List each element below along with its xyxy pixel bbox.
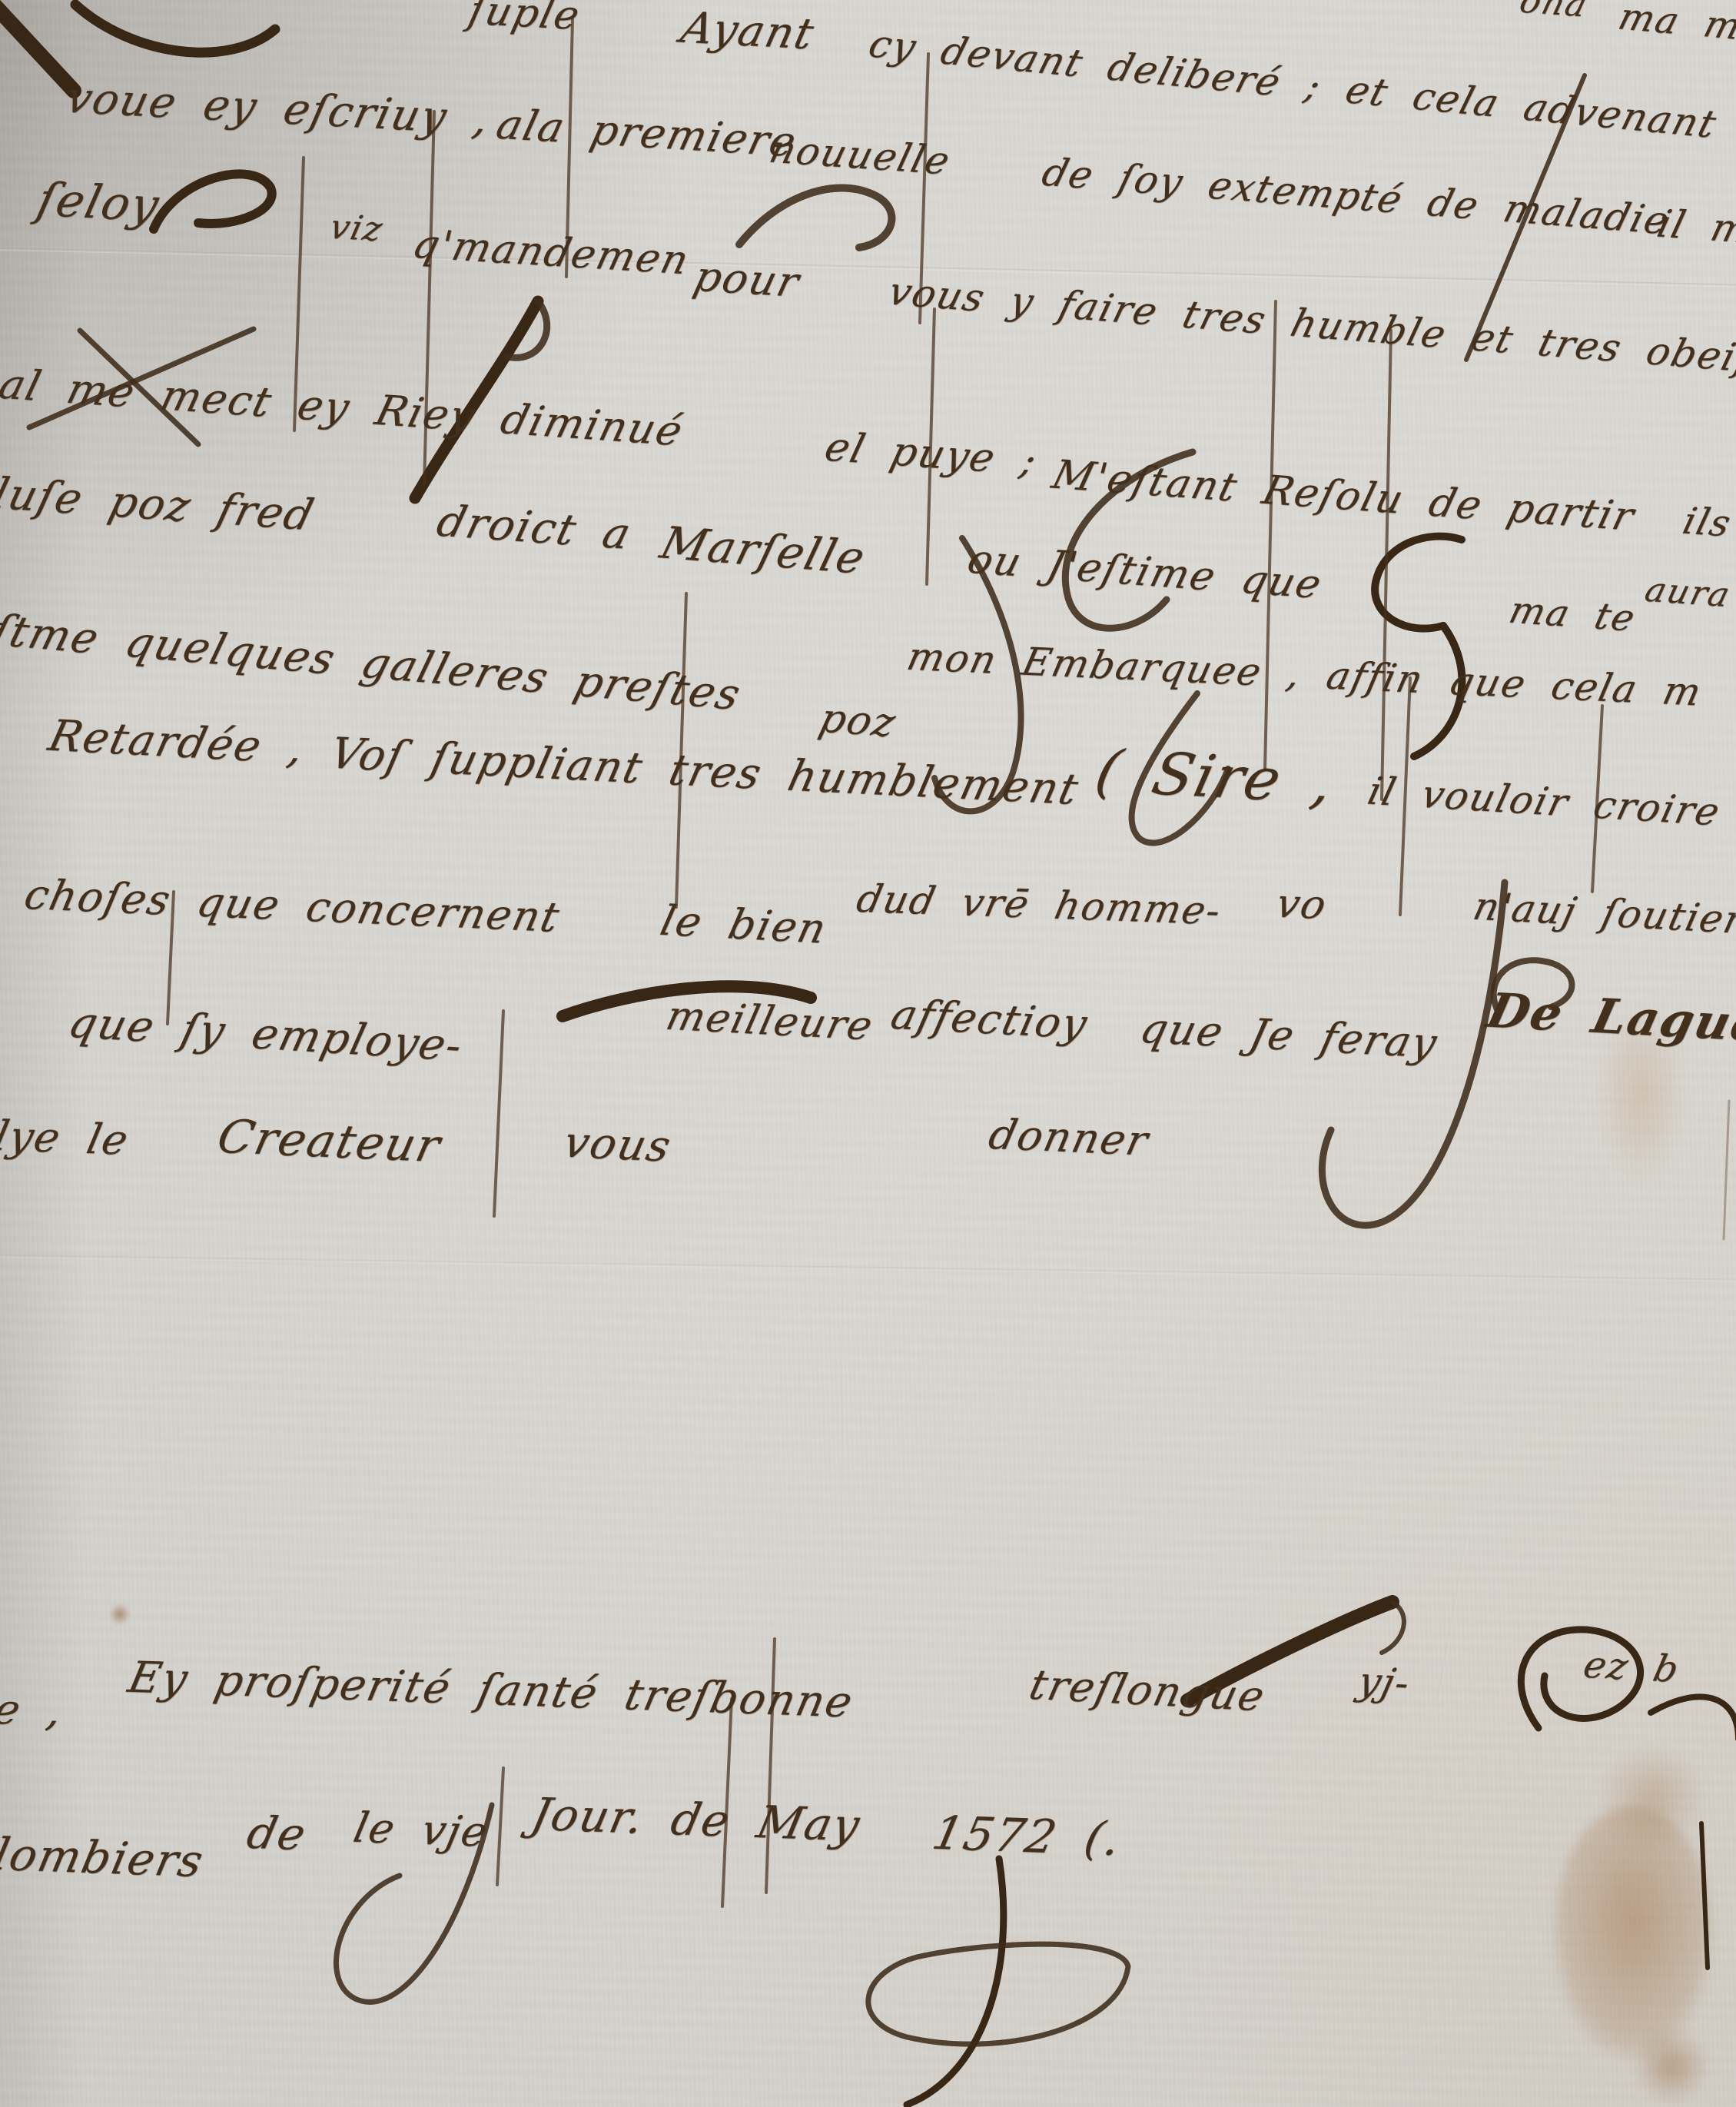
ink-1572-oval-loop bbox=[868, 1944, 1128, 2044]
handwritten-fragment-line9-3: donner bbox=[984, 1110, 1153, 1165]
handwritten-fragment-line11-3: Jour. de May bbox=[527, 1788, 865, 1851]
handwritten-fragment-line10-4: ez b bbox=[1579, 1643, 1684, 1691]
handwritten-fragment-line4-2: Marſelle bbox=[656, 517, 871, 584]
handwritten-fragment-line2-4: vous y faire tres humble et tres obeiſſ bbox=[884, 269, 1736, 382]
paper-stain-bottom-right-large bbox=[1552, 1806, 1714, 2060]
ink-closing-interlace-loop-2 bbox=[1651, 1697, 1736, 1739]
ink-hairline-right-edge bbox=[1724, 1101, 1729, 1239]
handwritten-fragment-line2-1: viz bbox=[326, 208, 387, 249]
paper-stain-bottom-right-upper bbox=[1598, 1745, 1706, 1853]
handwritten-fragment-line7-0: choſes que concernent bbox=[20, 870, 565, 942]
ink-majuscule-row5-loop bbox=[1375, 537, 1462, 629]
handwritten-fragment-line11-1: de bbox=[243, 1806, 312, 1860]
handwritten-fragment-line9-0: lye le bbox=[0, 1112, 134, 1165]
handwritten-fragment-line7-2: dud vrē homme- bbox=[853, 876, 1226, 933]
handwritten-fragment-line1-4: il m bbox=[1653, 201, 1736, 251]
paper-stain-speck-left bbox=[109, 1604, 131, 1625]
handwritten-fragment-line8-1: meilleure bbox=[662, 993, 878, 1049]
ink-descender-4 bbox=[1265, 301, 1276, 769]
handwritten-fragment-line1-0: voue ey eſcriuy , bbox=[61, 73, 495, 145]
handwritten-fragment-line0-0: ſuple bbox=[464, 0, 585, 39]
handwritten-fragment-line2-3: pour bbox=[689, 252, 805, 306]
ink-descender-13 bbox=[497, 1768, 503, 1885]
handwritten-fragment-line9-1: Createur bbox=[213, 1110, 446, 1173]
handwritten-fragment-line6-3: il vouloir croire bbox=[1363, 769, 1725, 834]
fold-crease-horizontal-lower bbox=[0, 1255, 1736, 1282]
handwritten-fragment-line7-1: le bien bbox=[656, 896, 832, 953]
handwritten-fragment-line1-3: de ſoy extempté de maladie bbox=[1037, 150, 1675, 243]
ink-swash-selon-loop bbox=[154, 174, 272, 229]
paper-stain-bottom-right-small bbox=[1633, 2028, 1710, 2105]
handwritten-fragment-line1-2: nouuelle bbox=[765, 127, 956, 183]
handwritten-fragment-line0-1: Ayant bbox=[676, 3, 819, 59]
handwritten-fragment-line0-3: ona bbox=[1515, 0, 1592, 25]
handwritten-fragment-line10-1: Ey proſperité ſanté treſbonne bbox=[124, 1653, 858, 1727]
handwritten-fragment-line4-0: luſe poz fred bbox=[0, 469, 320, 540]
handwritten-fragment-line5-1: poz bbox=[815, 696, 901, 746]
fold-crease-horizontal-upper bbox=[0, 248, 1736, 288]
handwritten-fragment-line9-2: vous bbox=[559, 1118, 676, 1171]
handwritten-fragment-line10-2: treſlongue bbox=[1025, 1660, 1270, 1720]
handwritten-fragment-line7-4: n'auj ſoutien bbox=[1469, 884, 1736, 942]
handwritten-fragment-line3-1: el puye ; bbox=[820, 424, 1042, 484]
handwritten-fragment-line6-2: ( Sire , bbox=[1090, 736, 1342, 816]
ink-swash-vie-return bbox=[1382, 1602, 1404, 1653]
handwritten-fragment-line0-2: cy devant deliberé ; et cela advenant , … bbox=[864, 22, 1736, 164]
ink-flourish-top-left-loop bbox=[75, 5, 275, 52]
handwritten-fragment-line8-2: affectioy bbox=[887, 990, 1093, 1049]
ink-flourish-top-left-diagonal bbox=[0, 5, 74, 91]
handwritten-fragment-line11-2: le vje bbox=[350, 1803, 493, 1856]
handwritten-fragment-line3-2: M'eſtant Reſolu de partir bbox=[1047, 452, 1640, 540]
ink-line-bottom-right bbox=[1701, 1823, 1708, 1968]
handwritten-fragment-line4-4: ma te bbox=[1505, 589, 1640, 640]
handwritten-fragment-line11-0: lombiers bbox=[0, 1828, 209, 1887]
handwritten-fragment-line6-0: Retardée , bbox=[44, 711, 310, 774]
handwritten-fragment-line4-3: ou J'eſtime que bbox=[963, 537, 1327, 608]
handwritten-fragment-line2-2: q'mandemen bbox=[408, 221, 695, 284]
ink-descender-5 bbox=[1382, 331, 1391, 799]
handwritten-fragment-line10-0: e , bbox=[0, 1685, 68, 1736]
handwritten-fragment-line10-3: yj- bbox=[1354, 1659, 1416, 1706]
handwritten-fragment-line5-0: ſtme quelques galleres preſtes bbox=[0, 606, 747, 720]
handwritten-fragment-line4-5: aura bbox=[1641, 570, 1734, 615]
handwritten-fragment-line3-3: ils bbox=[1678, 500, 1736, 545]
ink-swash-row3-loop bbox=[739, 188, 891, 248]
handwritten-fragment-line2-0: ſeloy bbox=[32, 173, 165, 232]
handwritten-fragment-line8-0: que ſy employe- bbox=[64, 998, 469, 1071]
ink-descender-10 bbox=[494, 1011, 503, 1216]
manuscript-letter-page: ſupleAyantcy devant deliberé ; et cela a… bbox=[0, 0, 1736, 2107]
handwritten-fragment-line7-3: vo bbox=[1272, 881, 1331, 929]
ink-swash-row4-loop bbox=[507, 301, 547, 357]
handwritten-fragment-line3-0: al me mect ey Riey diminué bbox=[0, 360, 689, 455]
handwritten-fragment-line5-2: mon Embarquee , affin que cela m bbox=[903, 634, 1706, 714]
handwritten-fragment-line0-4: ma mad bbox=[1614, 0, 1736, 52]
handwritten-fragment-line4-1: droict a bbox=[432, 497, 637, 560]
handwritten-fragment-line11-4: 1572 (. bbox=[928, 1806, 1127, 1866]
fold-crease-diagonal bbox=[1436, 1519, 1472, 1701]
ink-1572-tail bbox=[907, 1859, 1004, 2105]
handwritten-fragment-line1-1: ala premiere bbox=[492, 100, 802, 166]
handwritten-fragment-line8-3: que Je feray bbox=[1136, 1004, 1443, 1068]
handwritten-fragment-line8-4: De Lague bbox=[1482, 982, 1736, 1052]
handwritten-fragment-line6-1: Voſ ſuppliant tres humblement bbox=[325, 729, 1084, 815]
